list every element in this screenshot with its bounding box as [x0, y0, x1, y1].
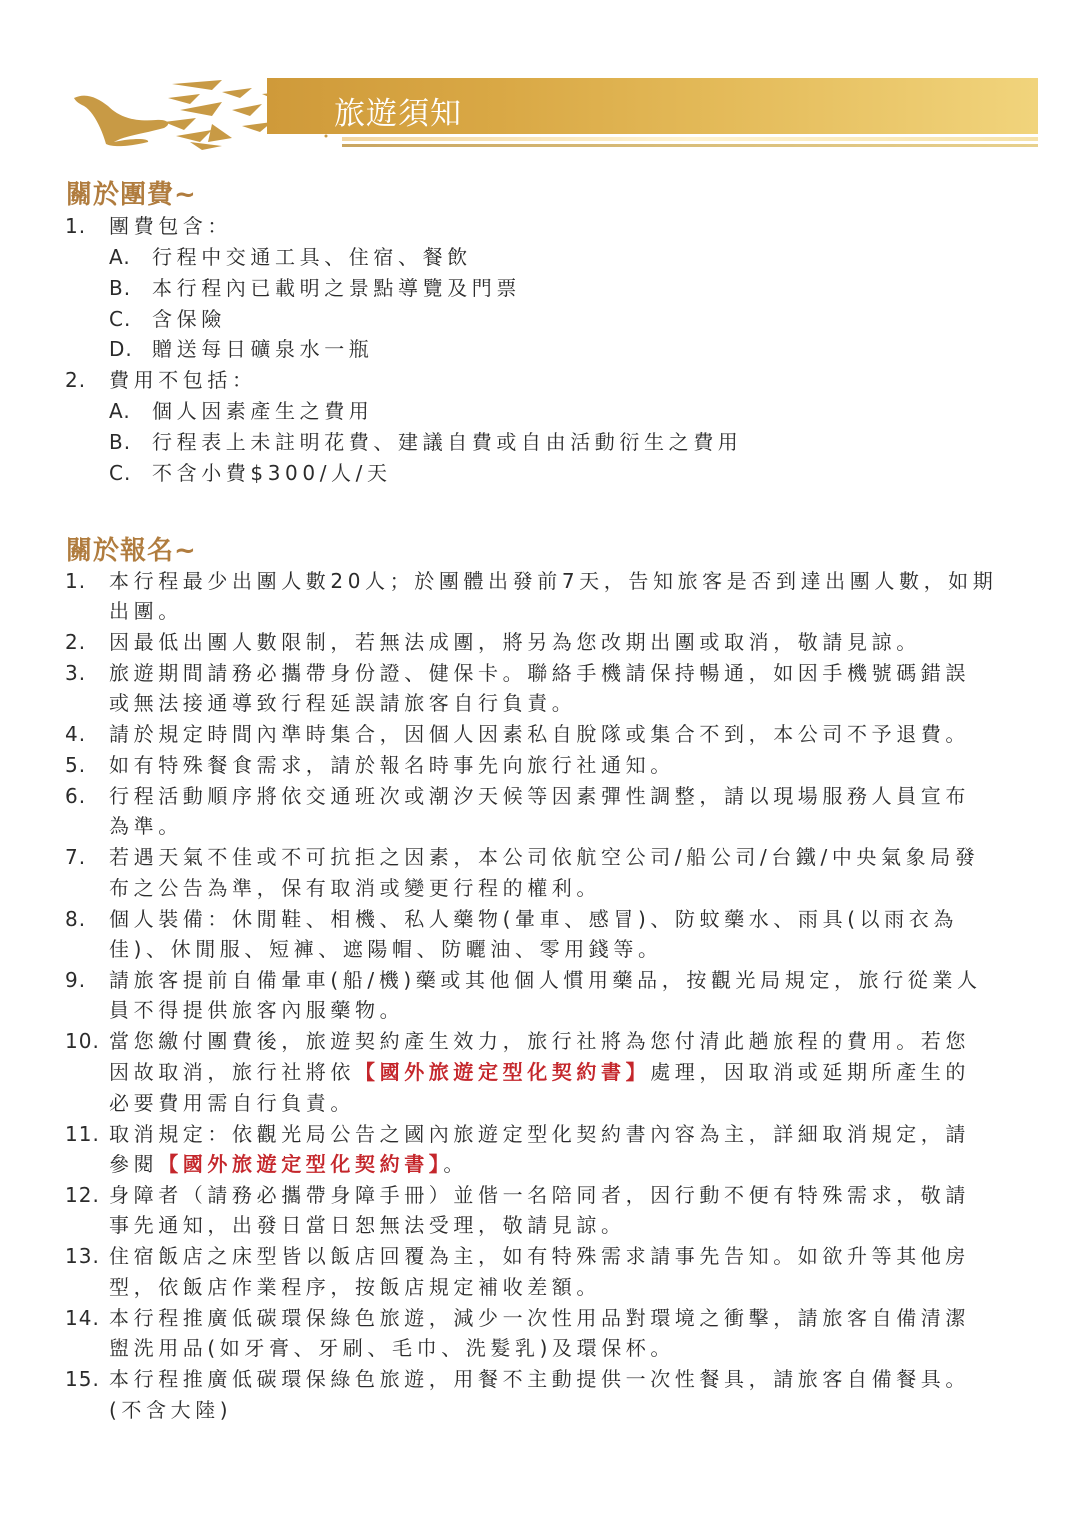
item-number: 2. — [65, 365, 86, 395]
item-text: 本行程推廣低碳環保綠色旅遊，用餐不主動提供一次性餐具，請旅客自備餐具。 — [109, 1364, 970, 1394]
sub-item-letter: C. — [109, 304, 131, 334]
sub-item-text: 本行程內已載明之景點導覽及門票 — [152, 273, 521, 303]
item-number: 2. — [65, 627, 86, 657]
item-text: 個人裝備：休閒鞋、相機、私人藥物(暈車、感冒)、防蚊藥水、雨具(以雨衣為 — [109, 904, 958, 934]
sub-item-text: 個人因素產生之費用 — [152, 396, 373, 426]
sub-item-letter: B. — [109, 273, 131, 303]
item-text: 取消規定：依觀光局公告之國內旅遊定型化契約書內容為主，詳細取消規定，請 — [109, 1119, 970, 1149]
contract-link[interactable]: 【國外旅遊定型化契約書】 — [355, 1060, 650, 1084]
header-banner: 旅遊須知 — [72, 76, 1038, 152]
item-text: 。 — [443, 1152, 468, 1176]
sub-item-text: 行程中交通工具、住宿、餐飲 — [152, 242, 472, 272]
sub-item-text: 含保險 — [152, 304, 226, 334]
item-text: 參閱 — [109, 1152, 158, 1176]
sub-item-letter: C. — [109, 458, 131, 488]
item-number: 1. — [65, 211, 86, 241]
item-text: 布之公告為準，保有取消或變更行程的權利。 — [109, 873, 601, 903]
item-number: 7. — [65, 842, 86, 872]
item-text: 請於規定時間內準時集合，因個人因素私自脫隊或集合不到，本公司不予退費。 — [109, 719, 970, 749]
item-number: 1. — [65, 566, 86, 596]
item-text: 佳)、休閒服、短褲、遮陽帽、防曬油、零用錢等。 — [109, 934, 663, 964]
item-text: (不含大陸) — [109, 1395, 232, 1425]
sub-item-letter: A. — [109, 396, 131, 426]
item-label: 團費包含： — [109, 211, 232, 241]
item-number: 12. — [65, 1180, 100, 1210]
item-text: 盥洗用品(如牙膏、牙刷、毛巾、洗髮乳)及環保杯。 — [109, 1333, 675, 1363]
item-number: 13. — [65, 1241, 100, 1271]
item-text: 住宿飯店之床型皆以飯店回覆為主，如有特殊需求請事先告知。如欲升等其他房 — [109, 1241, 970, 1271]
banner-stripe — [342, 144, 1038, 147]
sub-item-letter: B. — [109, 427, 131, 457]
contract-link[interactable]: 【國外旅遊定型化契約書】 — [158, 1152, 443, 1176]
item-text: 為準。 — [109, 811, 183, 841]
item-text: 若遇天氣不佳或不可抗拒之因素，本公司依航空公司/船公司/台鐵/中央氣象局發 — [109, 842, 979, 872]
item-text: 因故取消，旅行社將依 — [109, 1060, 355, 1084]
sub-item-letter: A. — [109, 242, 131, 272]
item-text: 請旅客提前自備暈車(船/機)藥或其他個人慣用藥品，按觀光局規定，旅行從業人 — [109, 965, 982, 995]
item-text: 處理，因取消或延期所產生的 — [650, 1060, 970, 1084]
item-text: 員不得提供旅客內服藥物。 — [109, 995, 404, 1025]
item-label: 費用不包括： — [109, 365, 257, 395]
item-text: 型，依飯店作業程序，按飯店規定補收差額。 — [109, 1272, 601, 1302]
item-text: 事先通知，出發日當日恕無法受理，敬請見諒。 — [109, 1210, 626, 1240]
sub-item-letter: D. — [109, 334, 133, 364]
item-text: 本行程推廣低碳環保綠色旅遊，減少一次性用品對環境之衝擊，請旅客自備清潔 — [109, 1303, 970, 1333]
item-number: 11. — [65, 1119, 100, 1149]
item-number: 10. — [65, 1026, 100, 1056]
item-number: 8. — [65, 904, 86, 934]
item-number: 3. — [65, 658, 86, 688]
item-text: 當您繳付團費後，旅遊契約產生效力，旅行社將為您付清此趟旅程的費用。若您 — [109, 1026, 970, 1056]
item-number: 6. — [65, 781, 86, 811]
section-heading-registration: 關於報名~ — [66, 530, 197, 567]
item-text: 必要費用需自行負責。 — [109, 1088, 355, 1118]
item-text: 出團。 — [109, 596, 183, 626]
sub-item-text: 行程表上未註明花費、建議自費或自由活動衍生之費用 — [152, 427, 742, 457]
item-text: 或無法接通導致行程延誤請旅客自行負責。 — [109, 688, 576, 718]
page-title: 旅遊須知 — [334, 88, 462, 133]
item-number: 14. — [65, 1303, 100, 1333]
item-text: 因最低出團人數限制，若無法成團，將另為您改期出團或取消，敬請見諒。 — [109, 627, 921, 657]
item-text: 行程活動順序將依交通班次或潮汐天候等因素彈性調整，請以現場服務人員宣布 — [109, 781, 970, 811]
item-text: 如有特殊餐食需求，請於報名時事先向旅行社通知。 — [109, 750, 675, 780]
section-heading-fees: 關於團費~ — [66, 174, 197, 211]
item-number: 9. — [65, 965, 86, 995]
sub-item-text: 不含小費$300/人/天 — [152, 458, 392, 488]
item-number: 4. — [65, 719, 86, 749]
banner-stripe — [342, 137, 1038, 141]
sub-item-text: 贈送每日礦泉水一瓶 — [152, 334, 373, 364]
item-text: 本行程最少出團人數20人；於團體出發前7天，告知旅客是否到達出團人數，如期 — [109, 566, 997, 596]
item-text: 旅遊期間請務必攜帶身份證、健保卡。聯絡手機請保持暢通，如因手機號碼錯誤 — [109, 658, 970, 688]
item-text-with-link: 參閱【國外旅遊定型化契約書】。 — [109, 1149, 468, 1179]
item-number: 5. — [65, 750, 86, 780]
item-number: 15. — [65, 1364, 100, 1394]
item-text: 身障者（請務必攜帶身障手冊）並偕一名陪同者，因行動不便有特殊需求，敬請 — [109, 1180, 970, 1210]
item-text-with-link: 因故取消，旅行社將依【國外旅遊定型化契約書】處理，因取消或延期所產生的 — [109, 1057, 970, 1087]
